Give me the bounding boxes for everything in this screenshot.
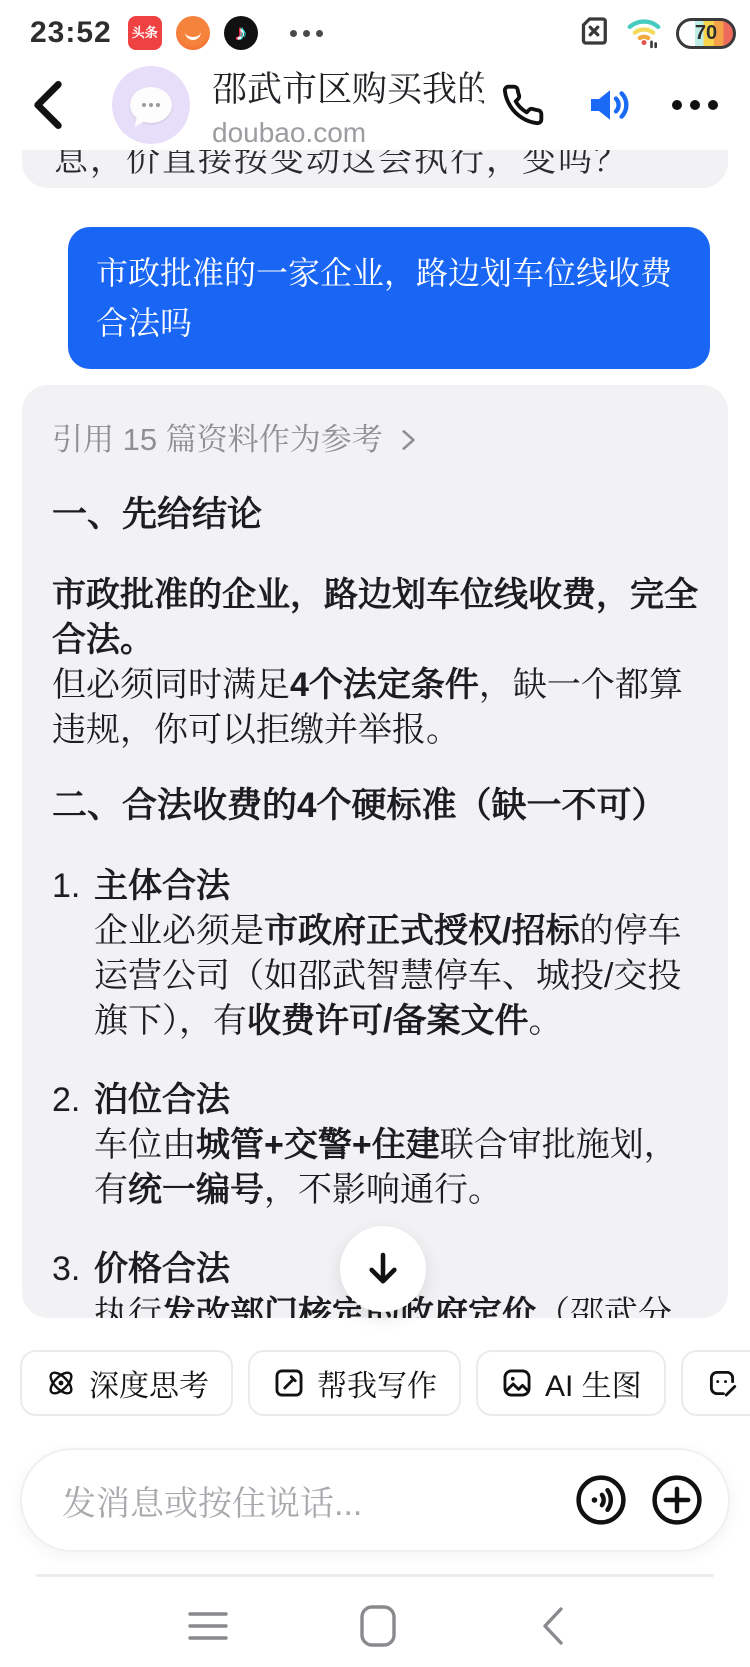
scroll-down-icon (362, 1248, 404, 1290)
recents-icon (186, 1609, 230, 1643)
speaker-icon (585, 81, 633, 129)
home-button[interactable] (333, 1595, 423, 1657)
ai-image-chip[interactable]: AI 生图 (476, 1350, 666, 1416)
chat-header: 邵武市区购买我的… doubao.com (0, 60, 750, 150)
more-notifications-icon (290, 30, 323, 37)
composer-placeholder: 发消息或按住说话... (62, 1476, 556, 1525)
back-icon (30, 81, 66, 129)
orange-app-icon (176, 16, 210, 50)
section-heading: 一、先给结论 (52, 492, 698, 537)
add-attachment-button[interactable] (646, 1469, 708, 1531)
read-aloud-button[interactable] (584, 77, 634, 133)
scroll-to-bottom-button[interactable] (340, 1226, 426, 1312)
status-indicators: 70 (576, 11, 736, 56)
citation-row[interactable]: 引用 15 篇资料作为参考 (52, 417, 698, 462)
battery-percent: 70 (695, 22, 717, 45)
chip-label: 帮我写作 (317, 1361, 437, 1405)
section-heading: 二、合法收费的4个硬标准（缺一不可） (52, 783, 698, 828)
message-composer[interactable]: 发消息或按住说话... (20, 1448, 730, 1552)
page-title: 邵武市区购买我的… (212, 62, 484, 112)
status-bar: 23:52 头条 ♪ (0, 8, 750, 58)
back-button[interactable] (26, 77, 70, 133)
list-number: 1. (52, 864, 94, 1044)
divider (36, 1574, 714, 1577)
voice-wave-icon (573, 1472, 629, 1528)
list-item: 2.泊位合法车位由城管+交警+住建联合审批施划，有统一编号，不影响通行。 (52, 1078, 698, 1213)
toutiao-app-icon: 头条 (128, 16, 162, 50)
list-number: 3. (52, 1247, 94, 1318)
phone-icon (501, 83, 545, 127)
clock: 23:52 (30, 16, 112, 50)
voice-input-button[interactable] (570, 1469, 632, 1531)
atom-icon (44, 1366, 78, 1400)
more-menu-button[interactable] (670, 77, 720, 133)
notification-icons: 头条 ♪ (128, 16, 323, 50)
header-titles: 邵武市区购买我的… doubao.com (212, 62, 484, 149)
list-item: 1.主体合法企业必须是市政府正式授权/招标的停车运营公司（如邵武智慧停车、城投/… (52, 864, 698, 1044)
sim-missing-icon (576, 13, 612, 54)
previous-ai-message-clipped: 息，价直接按变动这会执行，变吗？ (22, 150, 728, 188)
citation-label: 引用 15 篇资料作为参考 (52, 417, 383, 462)
help-me-write-chip[interactable]: 帮我写作 (248, 1350, 461, 1416)
list-item-title: 泊位合法 (94, 1078, 698, 1123)
doubao-icon (705, 1366, 739, 1400)
nav-back-icon (539, 1605, 565, 1647)
list-item-body: 车位由城管+交警+住建联合审批施划，有统一编号，不影响通行。 (94, 1123, 698, 1213)
user-message-text: 市政批准的一家企业，路边划车位线收费合法吗 (96, 255, 672, 341)
compose-icon (272, 1366, 306, 1400)
ai-message-body: 一、先给结论市政批准的企业，路边划车位线收费，完全合法。但必须同时满足4个法定条… (52, 492, 698, 1318)
deep-think-chip[interactable]: 深度思考 (20, 1350, 233, 1416)
header-actions (498, 77, 750, 133)
list-number: 2. (52, 1078, 94, 1213)
clipped-text: 息，价直接按变动这会执行，变吗？ (54, 150, 630, 181)
quick-actions-toolbar: 深度思考 帮我写作 AI 生图 (20, 1350, 750, 1418)
android-navbar (0, 1595, 750, 1657)
chip-label: AI 生图 (545, 1361, 642, 1405)
wifi-icon (624, 11, 664, 56)
battery-icon: 70 (676, 18, 736, 49)
recents-button[interactable] (163, 1595, 253, 1657)
plus-icon (649, 1472, 705, 1528)
call-button[interactable] (498, 77, 548, 133)
android-back-button[interactable] (507, 1595, 597, 1657)
list-item-body: 企业必须是市政府正式授权/招标的停车运营公司（如邵武智慧停车、城投/交投旗下），… (94, 909, 698, 1044)
doubao-chip[interactable]: 豆包 (681, 1350, 750, 1416)
citation-chevron-icon (395, 427, 421, 453)
paragraph: 市政批准的企业，路边划车位线收费，完全合法。 (52, 573, 698, 663)
chat-bubble-avatar-icon (130, 87, 172, 123)
chip-label: 深度思考 (89, 1361, 209, 1405)
user-message-bubble[interactable]: 市政批准的一家企业，路边划车位线收费合法吗 (68, 227, 710, 369)
douyin-app-icon: ♪ (224, 16, 258, 50)
image-icon (500, 1366, 534, 1400)
avatar[interactable] (112, 66, 190, 144)
paragraph: 但必须同时满足4个法定条件，缺一个都算违规，你可以拒缴并举报。 (52, 663, 698, 753)
home-icon (358, 1603, 398, 1649)
list-item-title: 主体合法 (94, 864, 698, 909)
ai-message-bubble: 引用 15 篇资料作为参考 一、先给结论市政批准的企业，路边划车位线收费，完全合… (22, 385, 728, 1318)
page-subtitle: doubao.com (212, 117, 484, 149)
more-menu-icon (672, 100, 718, 110)
